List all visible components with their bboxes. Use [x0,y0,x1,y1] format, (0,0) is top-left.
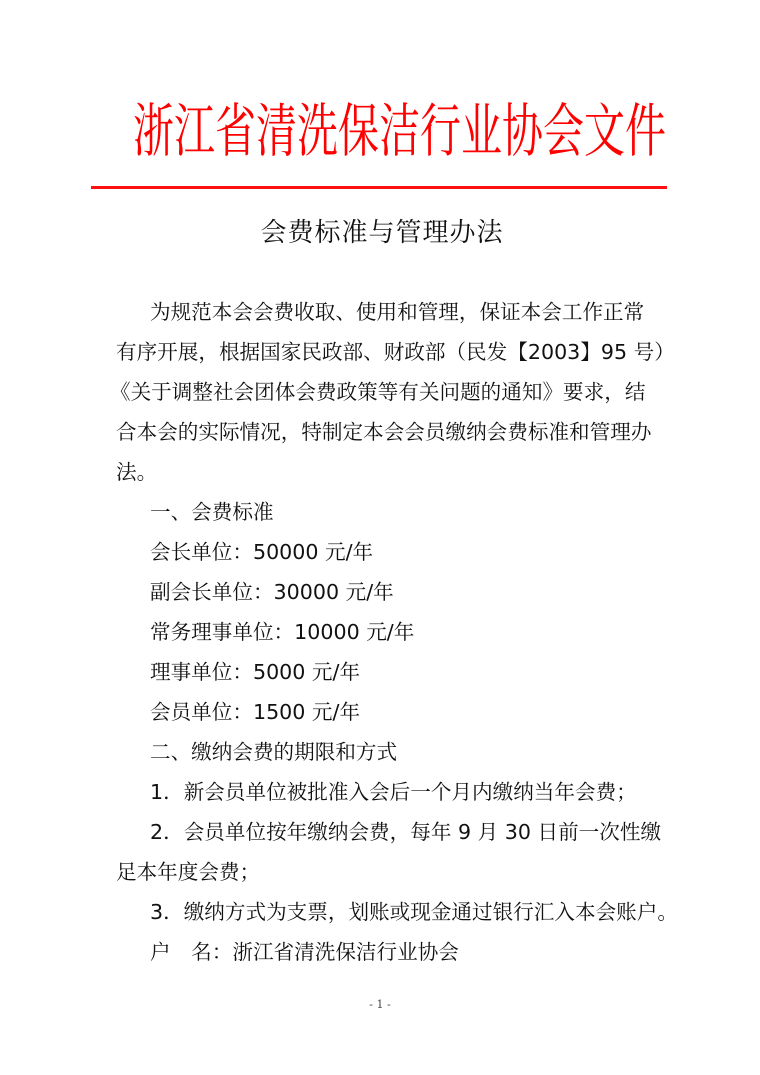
section-heading-fee-standard: 一、会费标准 [116,492,648,532]
intro-line: 有序开展，根据国家民政部、财政部（民发【2003】95 号） [116,332,648,372]
page-number: - 1 - [0,997,760,1013]
intro-line: 法。 [116,452,648,492]
section-heading-payment: 二、缴纳会费的期限和方式 [116,732,648,772]
fee-item-member: 会员单位：1500 元/年 [116,692,648,732]
intro-line: 《关于调整社会团体会费政策等有关问题的通知》要求，结 [110,372,648,412]
intro-paragraph: 为规范本会会费收取、使用和管理，保证本会工作正常 有序开展，根据国家民政部、财政… [116,292,648,492]
document-title: 会费标准与管理办法 [0,213,760,253]
fee-item-director: 理事单位：5000 元/年 [116,652,648,692]
intro-line: 合本会的实际情况，特制定本会会员缴纳会费标准和管理办 [116,412,648,452]
account-name: 户 名：浙江省清洗保洁行业协会 [116,932,648,972]
header-red-rule [91,186,667,189]
payment-rule-1: 1．新会员单位被批准入会后一个月内缴纳当年会费； [116,772,648,812]
fee-standard-list: 会长单位：50000 元/年 副会长单位：30000 元/年 常务理事单位：10… [116,532,648,732]
payment-rule-2-continued: 足本年度会费； [116,852,648,892]
fee-item-vice-president: 副会长单位：30000 元/年 [116,572,648,612]
fee-item-president: 会长单位：50000 元/年 [116,532,648,572]
fee-item-standing-director: 常务理事单位：10000 元/年 [116,612,648,652]
payment-rule-3: 3．缴纳方式为支票，划账或现金通过银行汇入本会账户。 [116,892,648,932]
organization-header-title: 浙江省清洗保洁行业协会文件 [133,81,633,180]
payment-rule-2: 2．会员单位按年缴纳会费，每年 9 月 30 日前一次性缴 [116,812,648,852]
intro-line: 为规范本会会费收取、使用和管理，保证本会工作正常 [116,292,648,332]
payment-rules-list: 1．新会员单位被批准入会后一个月内缴纳当年会费； 2．会员单位按年缴纳会费，每年… [116,772,648,932]
document-body: 为规范本会会费收取、使用和管理，保证本会工作正常 有序开展，根据国家民政部、财政… [116,292,648,972]
document-page: 浙江省清洗保洁行业协会文件 会费标准与管理办法 为规范本会会费收取、使用和管理，… [0,0,760,1075]
